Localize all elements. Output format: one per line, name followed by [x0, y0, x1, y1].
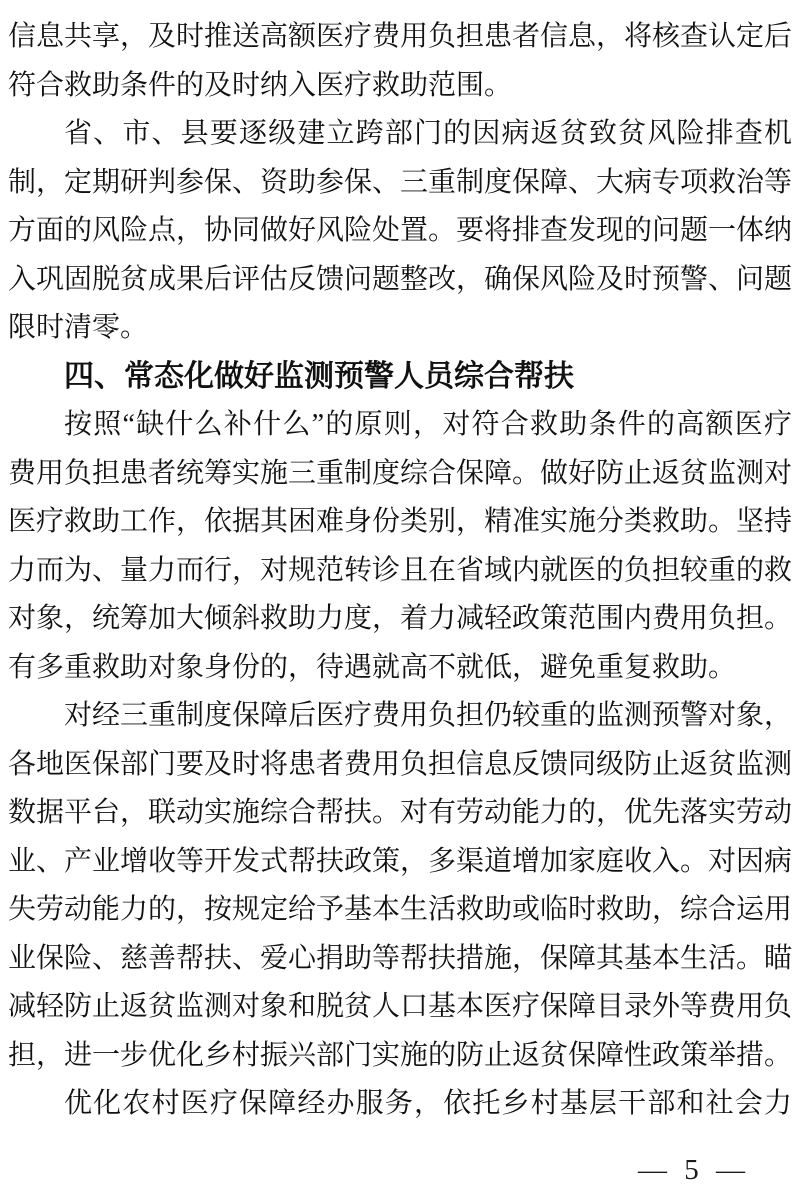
text-line: 费用负担患者统筹实施三重制度综合保障。做好防止返贫监测对象	[8, 450, 792, 499]
text-line: 对象，统筹加大倾斜救助力度，着力减轻政策范围内费用负担。具	[8, 595, 792, 644]
text-line: 方面的风险点，协同做好风险处置。要将排查发现的问题一体纳	[8, 207, 792, 256]
text-line: 医疗救助工作，依据其困难身份类别，精准实施分类救助。坚持尽	[8, 498, 792, 547]
text-line: 业、产业增收等开发式帮扶政策，多渠道增加家庭收入。对因病丧	[8, 838, 792, 887]
text-line: 省、市、县要逐级建立跨部门的因病返贫致贫风险排查机	[8, 110, 792, 159]
text-line: 业保险、慈善帮扶、爱心捐助等帮扶措施，保障其基本生活。瞄准	[8, 935, 792, 984]
text-line: 按照“缺什么补什么”的原则，对符合救助条件的高额医疗	[8, 401, 792, 450]
text-line: 优化农村医疗保障经办服务，依托乡村基层干部和社会力	[8, 1080, 792, 1129]
page-number: — 5 —	[638, 1154, 750, 1186]
text-line: 制，定期研判参保、资助参保、三重制度保障、大病专项救治等	[8, 159, 792, 208]
text-line: 信息共享，及时推送高额医疗费用负担患者信息，将核查认定后	[8, 13, 792, 62]
page-footer: — 5 —	[638, 1154, 750, 1187]
section-heading: 四、常态化做好监测预警人员综合帮扶	[8, 353, 792, 402]
document-body: 信息共享，及时推送高额医疗费用负担患者信息，将核查认定后符合救助条件的及时纳入医…	[8, 13, 792, 1129]
text-line: 力而为、量力而行，对规范转诊且在省域内就医的负担较重的救助	[8, 547, 792, 596]
text-line: 限时清零。	[8, 304, 792, 353]
text-line: 失劳动能力的，按规定给予基本生活救助或临时救助，综合运用商	[8, 886, 792, 935]
text-line: 担，进一步优化乡村振兴部门实施的防止返贫保障性政策举措。	[8, 1032, 792, 1081]
text-line: 数据平台，联动实施综合帮扶。对有劳动能力的，优先落实劳动就	[8, 789, 792, 838]
text-line: 各地医保部门要及时将患者费用负担信息反馈同级防止返贫监测大	[8, 741, 792, 790]
text-line: 减轻防止返贫监测对象和脱贫人口基本医疗保障目录外等费用负	[8, 983, 792, 1032]
text-line: 入巩固脱贫成果后评估反馈问题整改，确保风险及时预警、问题	[8, 256, 792, 305]
text-line: 有多重救助对象身份的，待遇就高不就低，避免重复救助。	[8, 644, 792, 693]
document-page: 信息共享，及时推送高额医疗费用负担患者信息，将核查认定后符合救助条件的及时纳入医…	[0, 0, 800, 1193]
text-line: 对经三重制度保障后医疗费用负担仍较重的监测预警对象，	[8, 692, 792, 741]
text-line: 符合救助条件的及时纳入医疗救助范围。	[8, 62, 792, 111]
